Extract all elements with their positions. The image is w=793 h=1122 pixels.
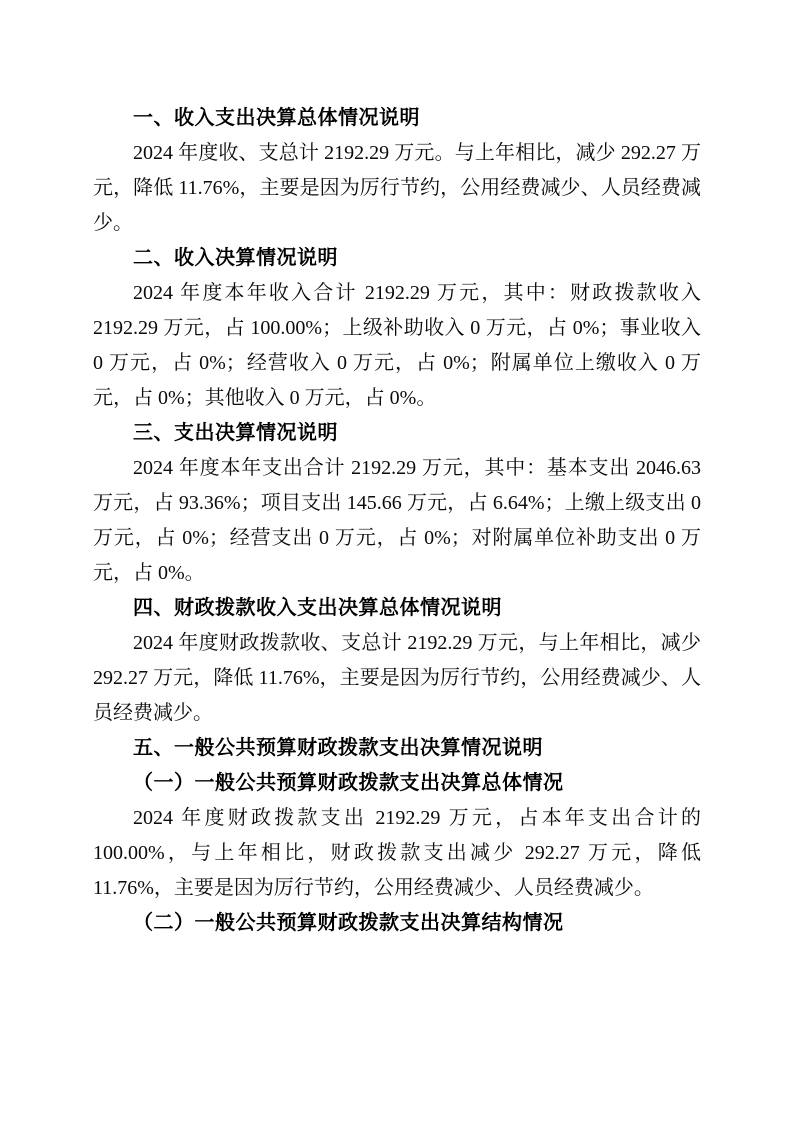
section-4-paragraph: 2024 年度财政拨款收、支总计 2192.29 万元，与上年相比，减少 292…: [93, 626, 701, 731]
document-page: 一、收入支出决算总体情况说明 2024 年度收、支总计 2192.29 万元。与…: [0, 0, 793, 1122]
section-2-heading: 二、收入决算情况说明: [93, 241, 701, 276]
section-1-paragraph: 2024 年度收、支总计 2192.29 万元。与上年相比，减少 292.27 …: [93, 136, 701, 241]
section-4-heading: 四、财政拨款收入支出决算总体情况说明: [93, 591, 701, 626]
section-5-subsection-1-paragraph: 2024 年度财政拨款支出 2192.29 万元，占本年支出合计的 100.00…: [93, 801, 701, 906]
section-2-paragraph: 2024 年度本年收入合计 2192.29 万元，其中：财政拨款收入 2192.…: [93, 276, 701, 416]
section-1-heading: 一、收入支出决算总体情况说明: [93, 101, 701, 136]
section-5-heading: 五、一般公共预算财政拨款支出决算情况说明: [93, 731, 701, 766]
section-3-paragraph: 2024 年度本年支出合计 2192.29 万元，其中：基本支出 2046.63…: [93, 451, 701, 591]
section-5-subheading-1: （一）一般公共预算财政拨款支出决算总体情况: [93, 766, 701, 801]
section-3-heading: 三、支出决算情况说明: [93, 416, 701, 451]
section-5-subheading-2: （二）一般公共预算财政拨款支出决算结构情况: [93, 906, 701, 941]
